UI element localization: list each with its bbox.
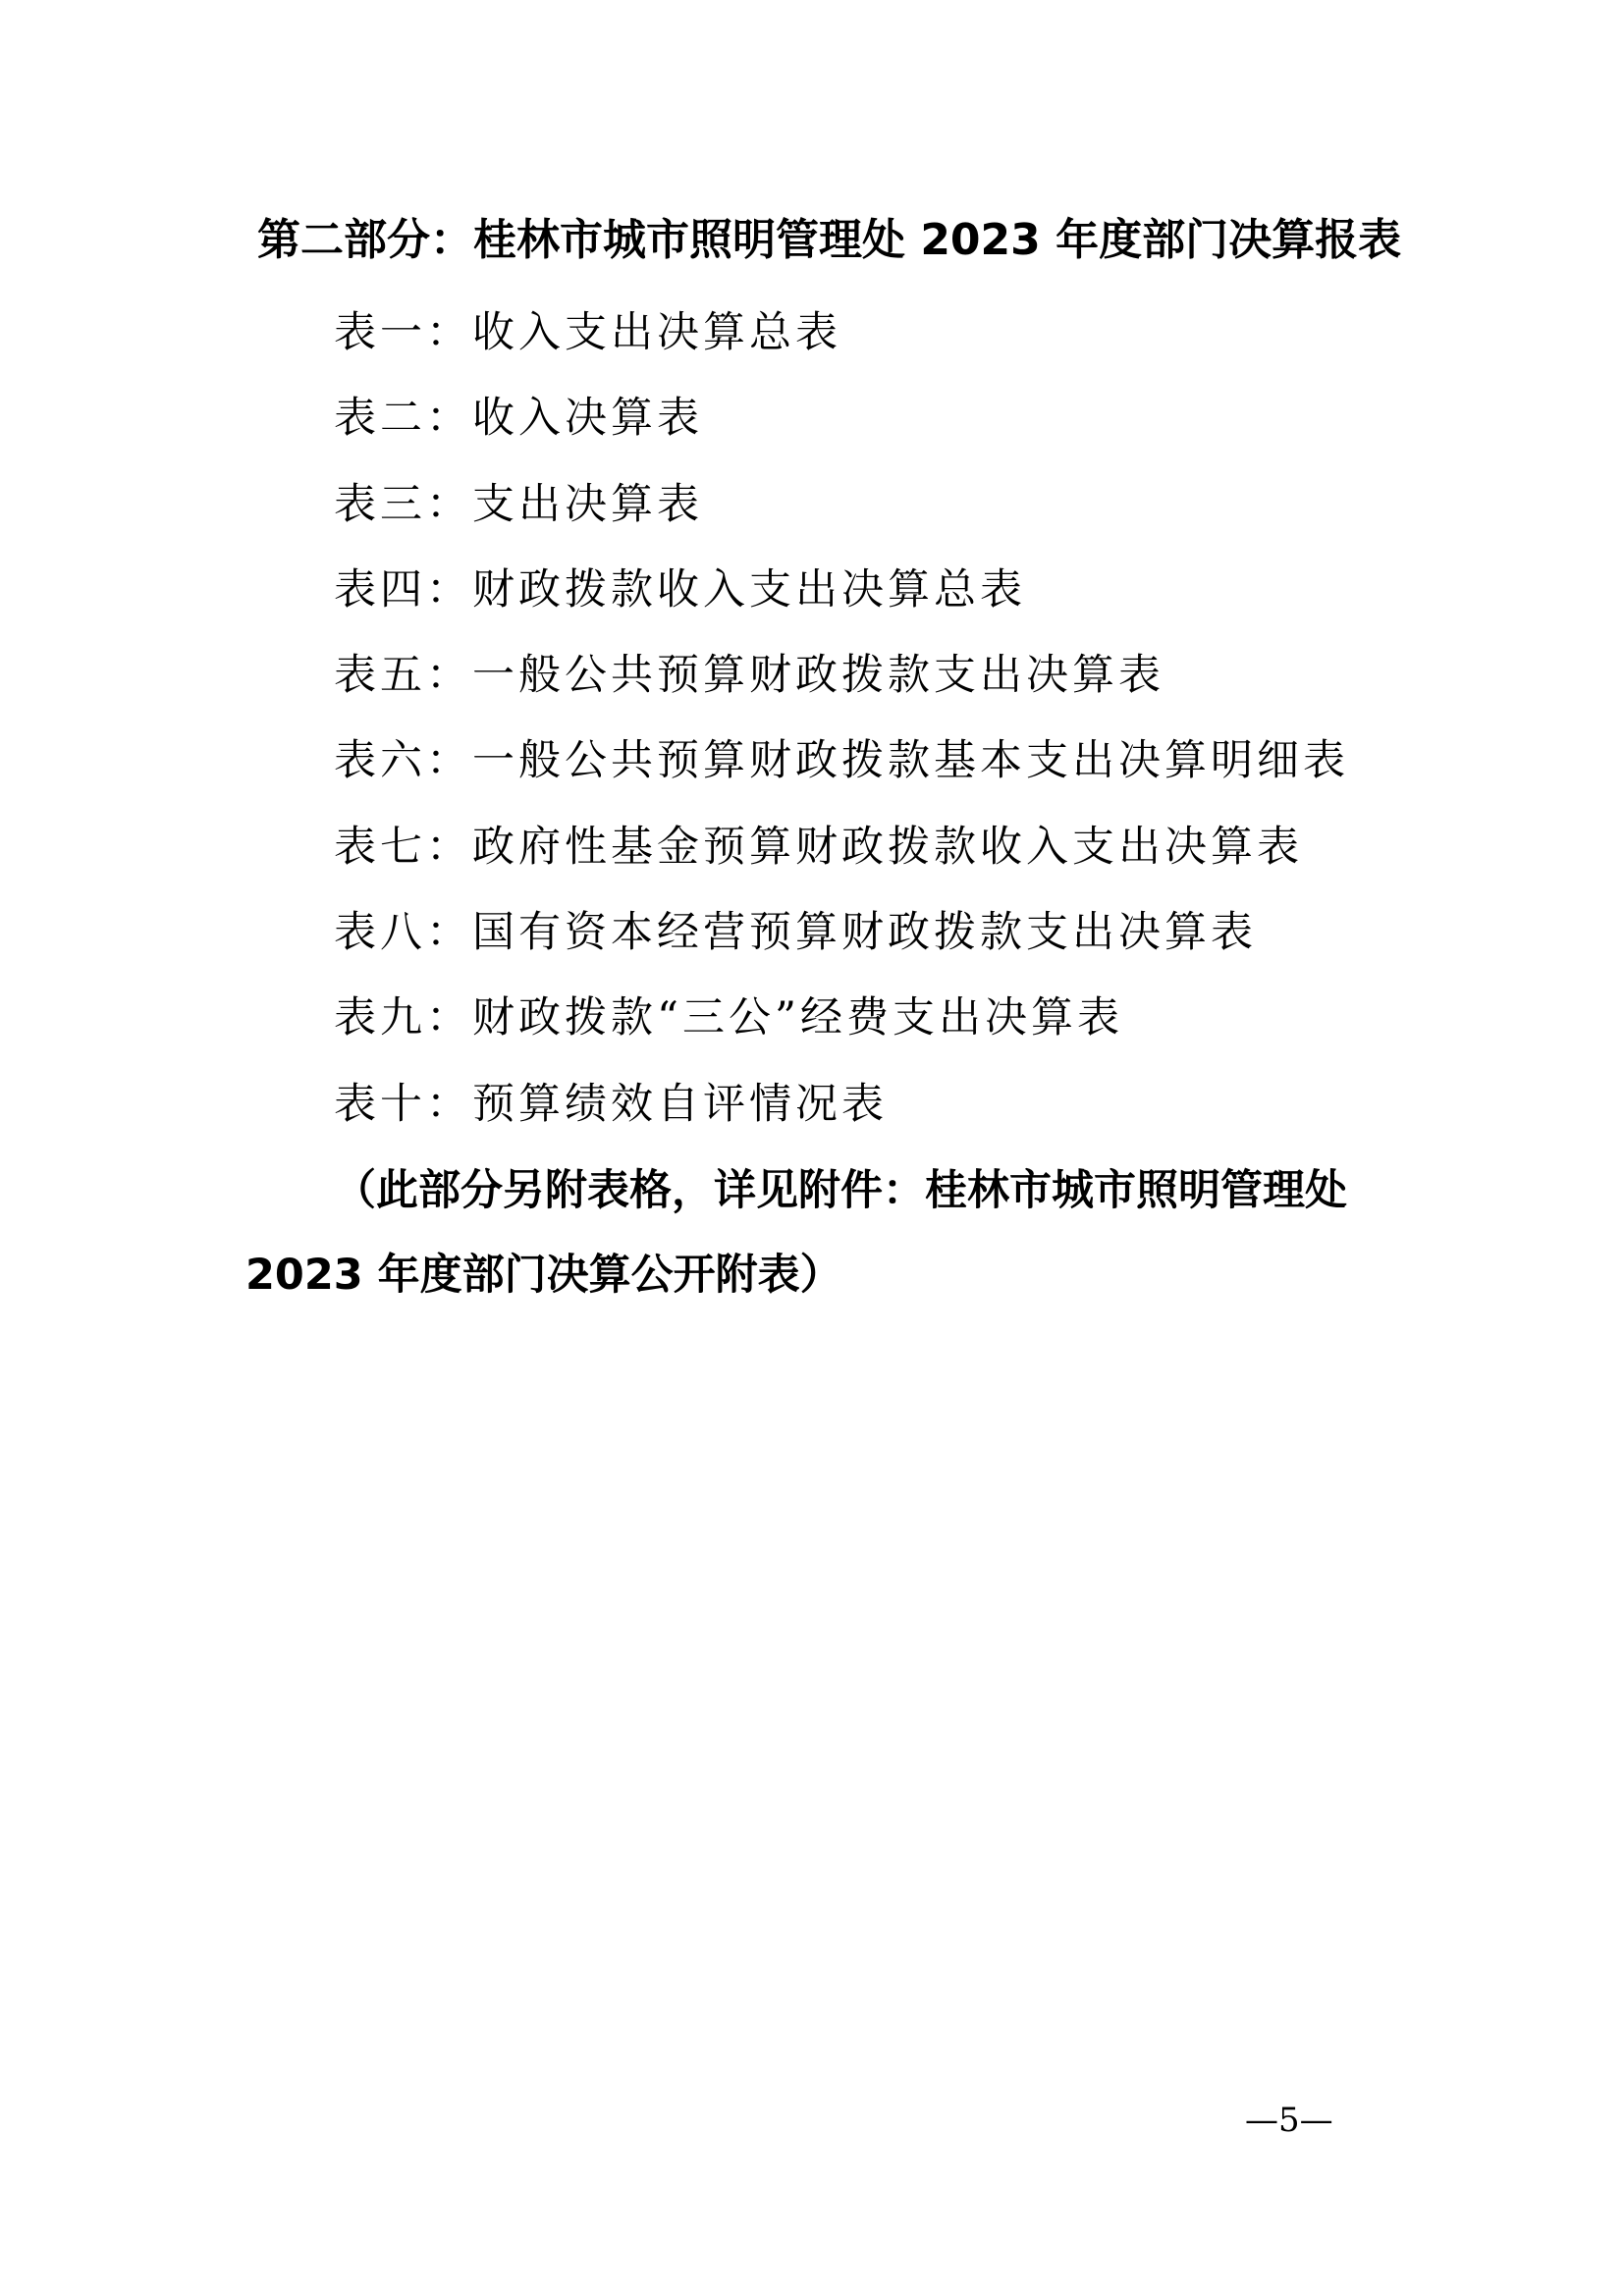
toc-item-3: 表三：支出决算表: [334, 462, 1349, 548]
toc-title: 一般公共预算财政拨款支出决算表: [472, 651, 1164, 700]
page-number: —5—: [1245, 2099, 1333, 2142]
document-page: 第二部分：桂林市城市照明管理处 2023 年度部门决算报表 表一：收入支出决算总…: [0, 0, 1624, 2296]
toc-title: 财政拨款收入支出决算总表: [472, 565, 1026, 614]
toc-item-1: 表一：收入支出决算总表: [334, 291, 1349, 376]
toc-label: 表三：: [334, 480, 472, 529]
toc-title: 国有资本经营预算财政拨款支出决算表: [472, 908, 1257, 957]
toc-label: 表四：: [334, 565, 472, 614]
toc-title: 收入决算表: [472, 394, 703, 443]
toc-item-5: 表五：一般公共预算财政拨款支出决算表: [334, 633, 1349, 719]
note-line-1: （此部分另附表格，详见附件：桂林市城市照明管理处: [245, 1148, 1404, 1233]
toc-title: 收入支出决算总表: [472, 308, 841, 357]
toc-title: 财政拨款“三公”经费支出决算表: [472, 993, 1123, 1042]
toc-label: 表八：: [334, 908, 472, 957]
toc-title: 预算绩效自评情况表: [472, 1080, 888, 1129]
toc-item-10: 表十：预算绩效自评情况表: [334, 1062, 1349, 1148]
toc-label: 表九：: [334, 993, 472, 1042]
section-heading: 第二部分：桂林市城市照明管理处 2023 年度部门决算报表: [257, 208, 1401, 273]
toc-item-4: 表四：财政拨款收入支出决算总表: [334, 548, 1349, 633]
toc-label: 表六：: [334, 736, 472, 785]
toc-title: 一般公共预算财政拨款基本支出决算明细表: [472, 736, 1349, 785]
toc-item-9: 表九：财政拨款“三公”经费支出决算表: [334, 976, 1349, 1061]
toc-label: 表一：: [334, 308, 472, 357]
toc-label: 表五：: [334, 651, 472, 700]
toc-title: 支出决算表: [472, 480, 703, 529]
toc-label: 表十：: [334, 1080, 472, 1129]
toc-item-6: 表六：一般公共预算财政拨款基本支出决算明细表: [334, 719, 1349, 804]
toc-title: 政府性基金预算财政拨款收入支出决算表: [472, 823, 1303, 872]
note-line-2: 2023 年度部门决算公开附表）: [245, 1233, 1404, 1317]
toc-label: 表二：: [334, 394, 472, 443]
table-of-contents: 表一：收入支出决算总表 表二：收入决算表 表三：支出决算表 表四：财政拨款收入支…: [334, 291, 1349, 1148]
toc-item-7: 表七：政府性基金预算财政拨款收入支出决算表: [334, 805, 1349, 890]
toc-label: 表七：: [334, 823, 472, 872]
attachment-note: （此部分另附表格，详见附件：桂林市城市照明管理处 2023 年度部门决算公开附表…: [245, 1148, 1404, 1317]
toc-item-2: 表二：收入决算表: [334, 376, 1349, 461]
toc-item-8: 表八：国有资本经营预算财政拨款支出决算表: [334, 890, 1349, 976]
